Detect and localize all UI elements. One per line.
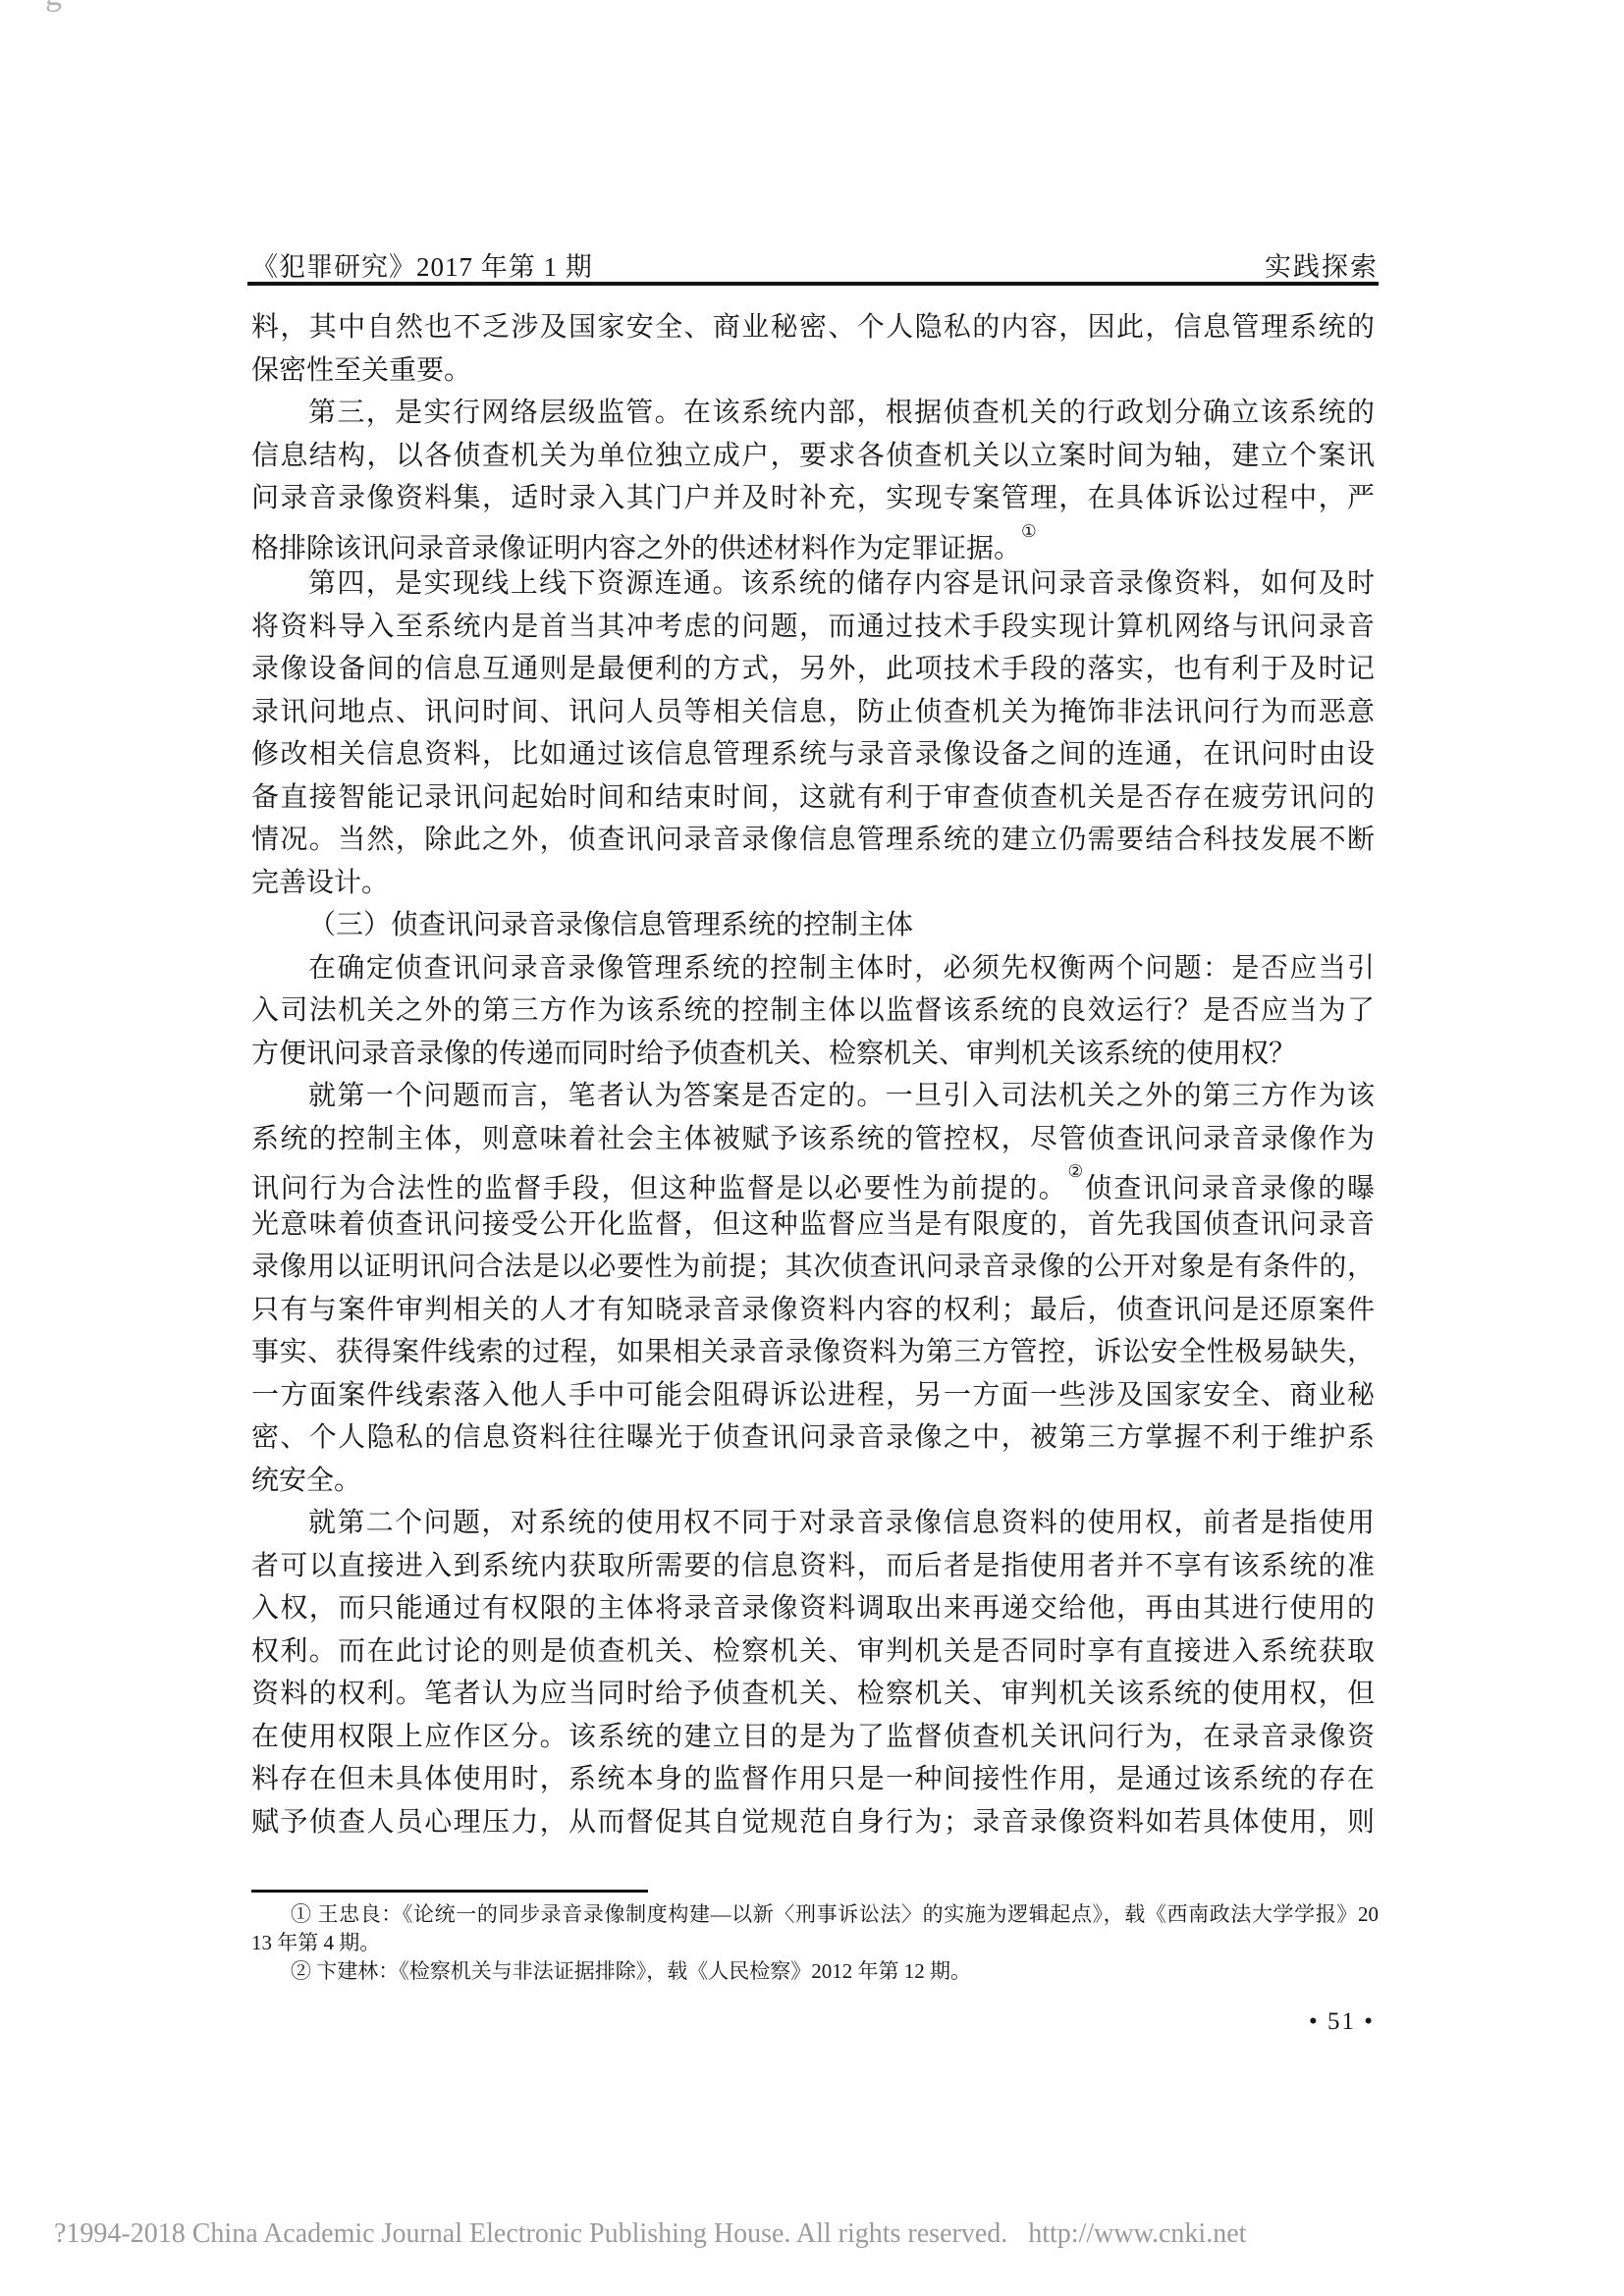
body-line: 统安全。 [251,1460,1375,1503]
body-line: 料，其中自然也不乏涉及国家安全、商业秘密、个人隐私的内容，因此，信息管理系统的 [251,306,1375,349]
body-line: 信息结构，以各侦查机关为单位独立成户，要求各侦查机关以立案时间为轴，建立个案讯 [251,435,1375,478]
section-heading: （三）侦查讯问录音录像信息管理系统的控制主体 [251,904,1375,947]
body-line: 者可以直接进入到系统内获取所需要的信息资料，而后者是指使用者并不享有该系统的准 [251,1545,1375,1588]
body-line: 问录音录像资料集，适时录入其门户并及时补充，实现专案管理，在具体诉讼过程中，严 [251,477,1375,520]
body-line: 备直接智能记录讯问起始时间和结束时间，这就有利于审查侦查机关是否存在疲劳讯问的 [251,776,1375,820]
body-line: 就第一个问题而言，笔者认为答案是否定的。一旦引入司法机关之外的第三方作为该 [251,1075,1375,1118]
body-line: 密、个人隐私的信息资料往往曝光于侦查讯问录音录像之中，被第三方掌握不利于维护系 [251,1416,1375,1460]
article-body: 料，其中自然也不乏涉及国家安全、商业秘密、个人隐私的内容，因此，信息管理系统的保… [251,306,1375,1843]
body-line: 情况。当然，除此之外，侦查讯问录音录像信息管理系统的建立仍需要结合科技发展不断 [251,819,1375,862]
body-line: 就第二个问题，对系统的使用权不同于对录音录像信息资料的使用权，前者是指使用 [251,1502,1375,1545]
paragraph: 料，其中自然也不乏涉及国家安全、商业秘密、个人隐私的内容，因此，信息管理系统的保… [251,306,1375,392]
footnotes: ① 王忠良：《论统一的同步录音录像制度构建—以新〈刑事诉讼法〉的实施为逻辑起点》… [251,1900,1379,1986]
scan-artifact-mark: g [45,0,62,14]
footnote-ref: ② [1067,1162,1084,1181]
paragraph: 第三，是实行网络层级监管。在该系统内部，根据侦查机关的行政划分确立该系统的信息结… [251,392,1375,562]
body-line: 在确定侦查讯问录音录像管理系统的控制主体时，必须先权衡两个问题：是否应当引 [251,947,1375,990]
body-line: 入权，而只能通过有权限的主体将录音录像资料调取出来再递交给他，再由其进行使用的 [251,1587,1375,1630]
footnote-ref: ① [1021,522,1037,541]
body-line: 光意味着侦查讯问接受公开化监督，但这种监督应当是有限度的，首先我国侦查讯问录音 [251,1203,1375,1247]
body-line: 事实、获得案件线索的过程，如果相关录音录像资料为第三方管控，诉讼安全性极易缺失， [251,1331,1375,1374]
body-line: 只有与案件审判相关的人才有知晓录音录像资料内容的权利；最后，侦查讯问是还原案件 [251,1289,1375,1332]
body-line: 录像用以证明讯问合法是以必要性为前提；其次侦查讯问录音录像的公开对象是有条件的， [251,1246,1375,1289]
journal-page-scan: g 《犯罪研究》2017 年第 1 期 实践探索 料，其中自然也不乏涉及国家安全… [0,0,1624,2296]
body-line: 权利。而在此讨论的则是侦查机关、检察机关、审判机关是否同时享有直接进入系统获取 [251,1630,1375,1674]
page-number: • 51 • [251,2008,1375,2036]
section-label-header: 实践探索 [1265,245,1379,284]
paragraph: 在确定侦查讯问录音录像管理系统的控制主体时，必须先权衡两个问题：是否应当引入司法… [251,947,1375,1076]
body-line: 将资料导入至系统内是首当其冲考虑的问题，而通过技术手段实现计算机网络与讯问录音 [251,606,1375,649]
journal-title-header: 《犯罪研究》2017 年第 1 期 [251,245,593,284]
paragraph: 第四，是实现线上线下资源连通。该系统的储存内容是讯问录音录像资料，如何及时将资料… [251,562,1375,904]
paragraph: 就第二个问题，对系统的使用权不同于对录音录像信息资料的使用权，前者是指使用者可以… [251,1502,1375,1843]
footnote-divider [251,1890,648,1893]
header-rule [247,282,1379,286]
body-line: 修改相关信息资料，比如通过该信息管理系统与录音录像设备之间的连通，在讯问时由设 [251,733,1375,776]
body-line: 格排除该讯问录音录像证明内容之外的供述材料作为定罪证据。① [251,520,1375,563]
body-line: 完善设计。 [251,862,1375,905]
body-line: 方便讯问录音录像的传递而同时给予侦查机关、检察机关、审判机关该系统的使用权？ [251,1033,1375,1076]
body-line: 讯问行为合法性的监督手段，但这种监督是以必要性为前提的。②侦查讯问录音录像的曝 [251,1160,1375,1203]
body-line: 料存在但未具体使用时，系统本身的监督作用只是一种间接性作用，是通过该系统的存在 [251,1758,1375,1801]
body-line: 资料的权利。笔者认为应当同时给予侦查机关、检察机关、审判机关该系统的使用权，但 [251,1673,1375,1716]
footnote-line: 13 年第 4 期。 [251,1929,1379,1957]
body-line: 一方面案件线索落入他人手中可能会阻碍诉讼进程，另一方面一些涉及国家安全、商业秘 [251,1374,1375,1417]
body-line: 赋予侦查人员心理压力，从而督促其自觉规范自身行为；录音录像资料如若具体使用，则 [251,1801,1375,1844]
body-line: 第四，是实现线上线下资源连通。该系统的储存内容是讯问录音录像资料，如何及时 [251,562,1375,606]
body-line: 录像设备间的信息互通则是最便利的方式，另外，此项技术手段的落实，也有利于及时记 [251,648,1375,691]
body-line: 系统的控制主体，则意味着社会主体被赋予该系统的管控权，尽管侦查讯问录音录像作为 [251,1118,1375,1161]
footnote-line: ① 王忠良：《论统一的同步录音录像制度构建—以新〈刑事诉讼法〉的实施为逻辑起点》… [251,1900,1379,1929]
body-line: 在使用权限上应作区分。该系统的建立目的是为了监督侦查机关讯问行为，在录音录像资 [251,1716,1375,1759]
body-line: 录讯问地点、讯问时间、讯问人员等相关信息，防止侦查机关为掩饰非法讯问行为而恶意 [251,691,1375,734]
body-line: 第三，是实行网络层级监管。在该系统内部，根据侦查机关的行政划分确立该系统的 [251,392,1375,435]
body-line: 入司法机关之外的第三方作为该系统的控制主体以监督该系统的良效运行？是否应当为了 [251,989,1375,1033]
body-line: 保密性至关重要。 [251,349,1375,393]
footnote-line: ② 卞建林：《检察机关与非法证据排除》，载《人民检察》2012 年第 12 期。 [251,1957,1379,1986]
paragraph: 就第一个问题而言，笔者认为答案是否定的。一旦引入司法机关之外的第三方作为该系统的… [251,1075,1375,1502]
cnki-copyright-footer: ?1994-2018 China Academic Journal Electr… [54,2218,1246,2250]
heading-line: （三）侦查讯问录音录像信息管理系统的控制主体 [251,904,1375,947]
